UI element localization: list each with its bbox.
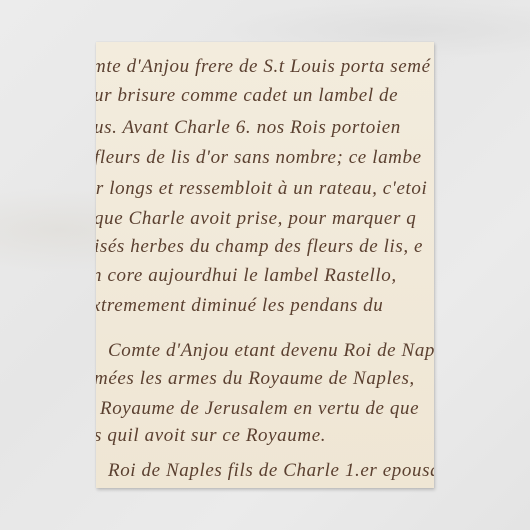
manuscript-line-2: ur brisure comme cadet un lambel de <box>96 86 398 105</box>
manuscript-line-11: mées les armes du Royaume de Naples, <box>96 369 415 388</box>
manuscript-card: mte d'Anjou frere de S.t Louis porta sem… <box>96 42 434 488</box>
manuscript-line-6: que Charle avoit prise, pour marquer q <box>96 209 416 228</box>
manuscript-line-3: us. Avant Charle 6. nos Rois portoien <box>96 118 401 137</box>
manuscript-line-14: Roi de Naples fils de Charle 1.er epousa <box>108 461 434 480</box>
manuscript-line-4: fleurs de lis d'or sans nombre; ce lambe <box>96 148 422 167</box>
manuscript-line-13: s quil avoit sur ce Royaume. <box>96 426 326 445</box>
manuscript-line-9: xtremement diminué les pendans du <box>96 296 383 315</box>
manuscript-line-5: ir longs et ressembloit à un rateau, c'e… <box>96 179 427 198</box>
manuscript-line-10: Comte d'Anjou etant devenu Roi de Napl <box>108 341 434 360</box>
manuscript-line-1: mte d'Anjou frere de S.t Louis porta sem… <box>96 57 431 76</box>
manuscript-line-8: n core aujourdhui le lambel Rastello, <box>96 266 397 285</box>
manuscript-line-12: Royaume de Jerusalem en vertu de que <box>100 399 419 418</box>
manuscript-line-7: isés herbes du champ des fleurs de lis, … <box>96 237 423 256</box>
